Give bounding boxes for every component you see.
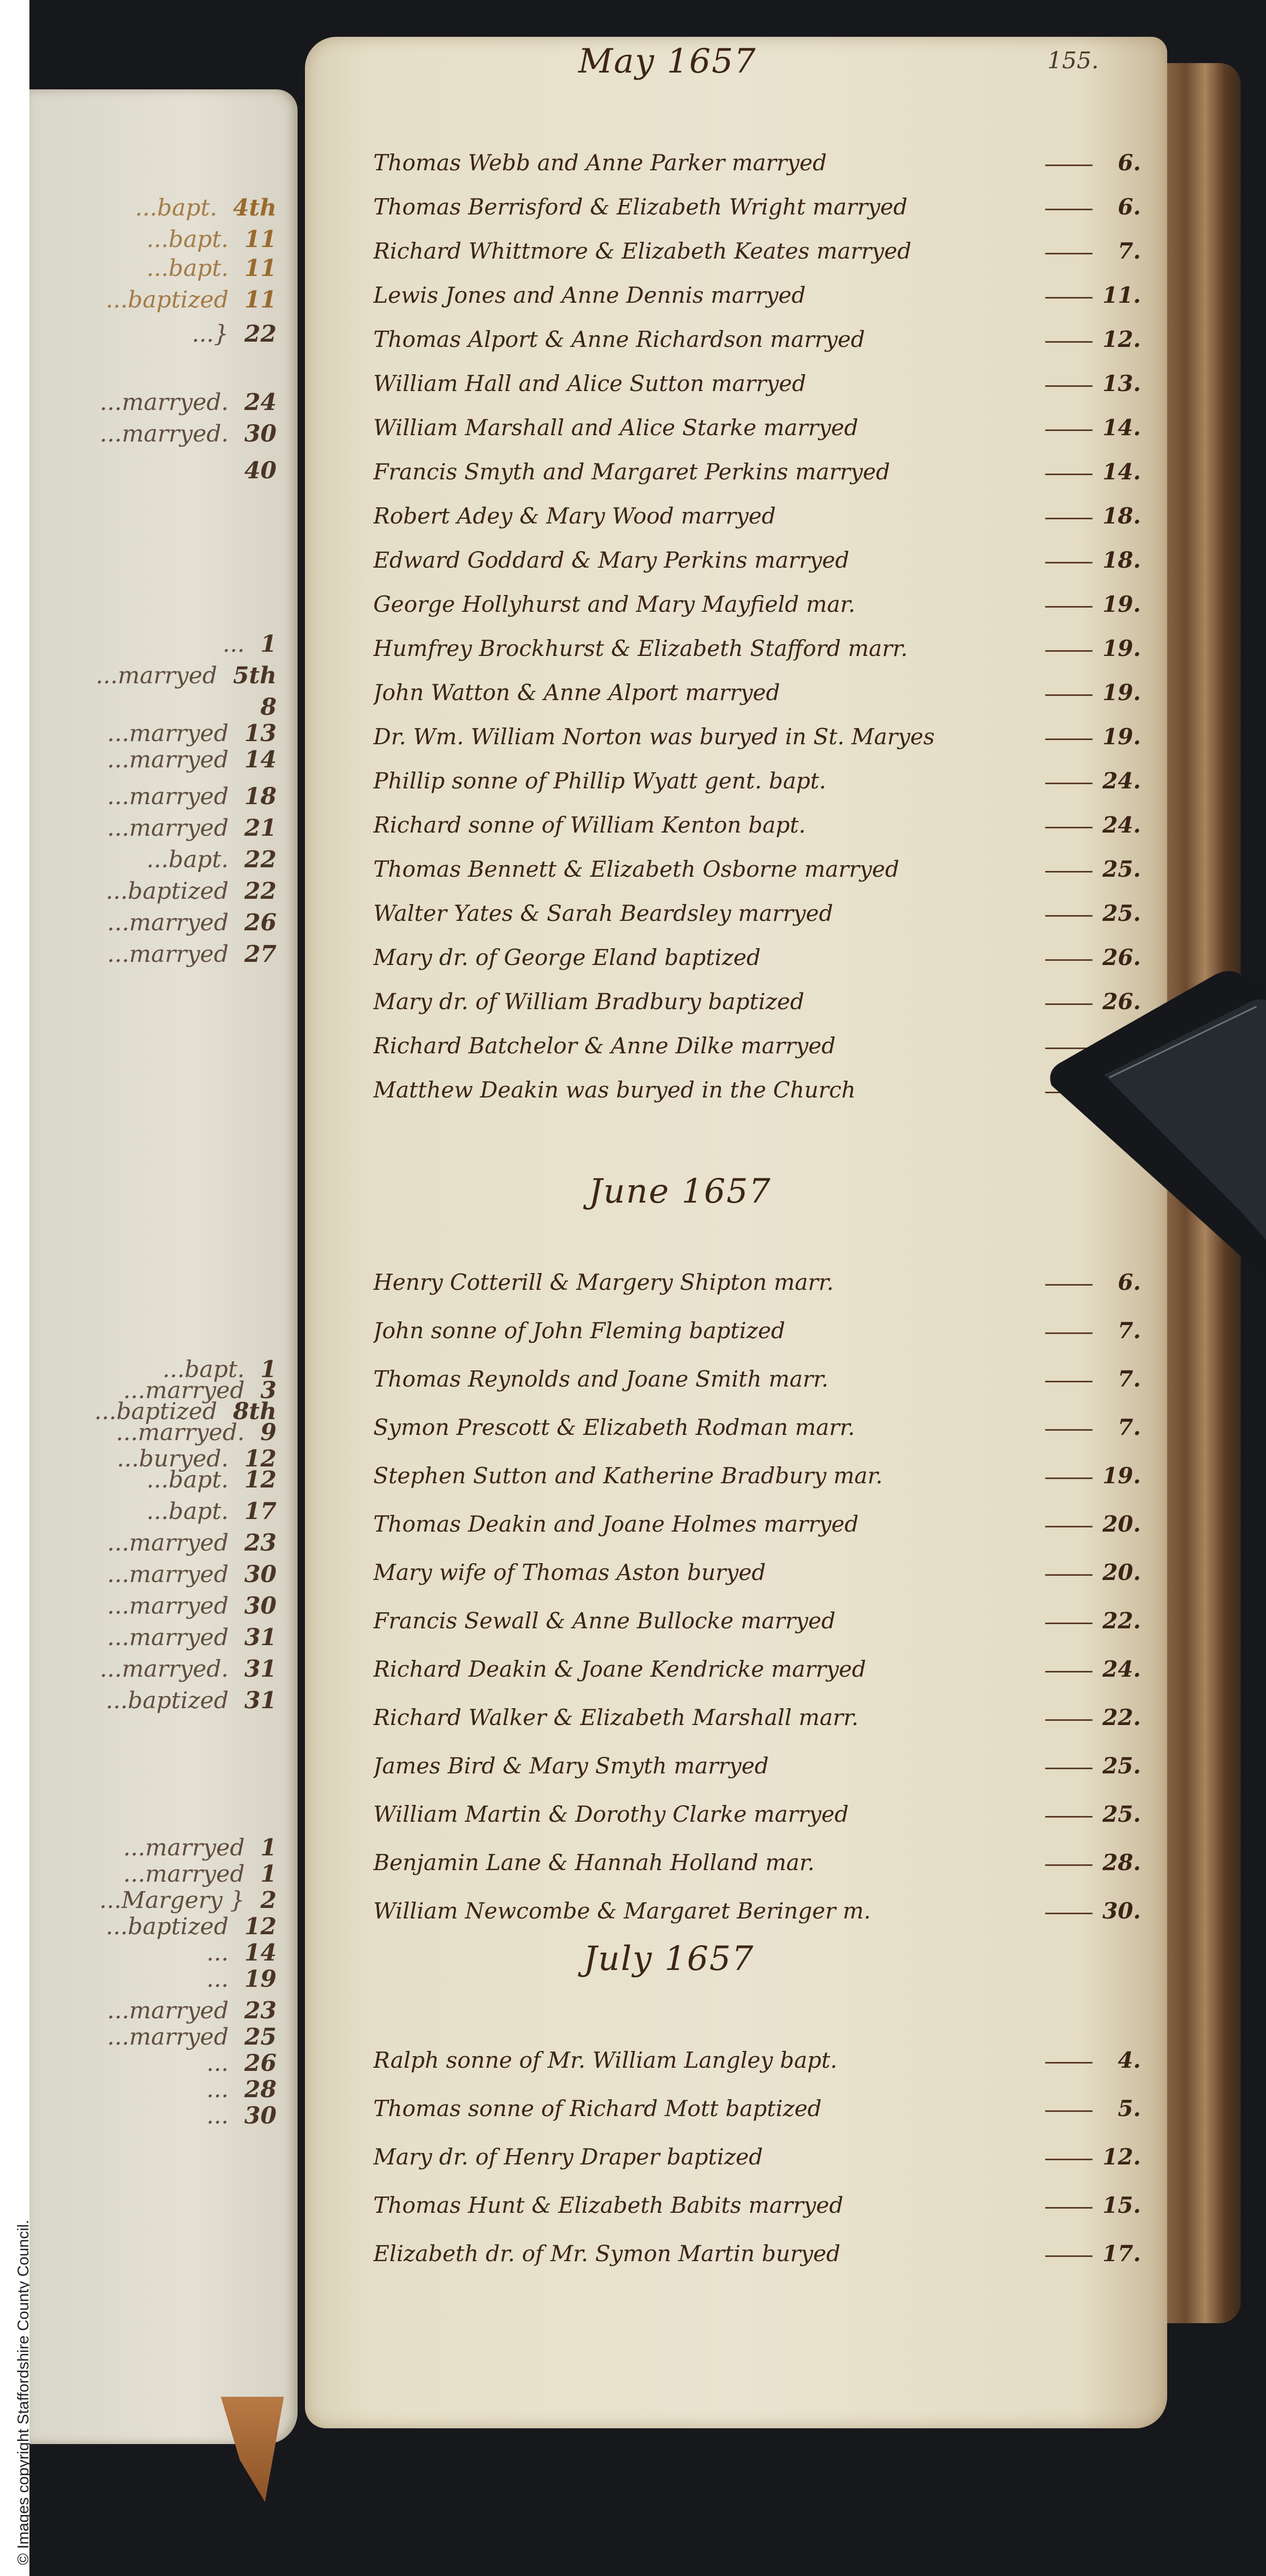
left-register-entry: ...bapt.17 xyxy=(147,1498,277,1525)
entry-day: 25. xyxy=(1099,900,1141,926)
left-register-entry: ...marryed21 xyxy=(107,815,277,841)
register-entry: Dr. Wm. William Norton was buryed in St.… xyxy=(373,716,1141,750)
register-entry: Thomas Alport & Anne Richardson marryed1… xyxy=(373,319,1141,352)
left-register-entry: ...marryed30 xyxy=(107,1593,277,1619)
register-entry: Mary dr. of Henry Draper baptized12. xyxy=(373,2136,1141,2170)
section-heading: May 1657 xyxy=(578,42,757,81)
entry-day: 31 xyxy=(244,1624,277,1651)
register-entry: John Watton & Anne Alport marryed19. xyxy=(373,672,1141,705)
entry-day: 17 xyxy=(244,1498,277,1525)
entry-day: 22 xyxy=(244,878,277,905)
entry-rule xyxy=(1045,1816,1093,1818)
credit-strip: © Images copyright Staffordshire County … xyxy=(0,0,29,2576)
entry-rule xyxy=(1045,1332,1093,1334)
left-register-entry: ...1 xyxy=(222,631,277,658)
register-entry: John sonne of John Fleming baptized7. xyxy=(373,1310,1141,1343)
left-register-entry: ...marryed31 xyxy=(107,1624,277,1651)
entry-text: Richard Walker & Elizabeth Marshall marr… xyxy=(373,1705,1039,1730)
entry-day: 27 xyxy=(244,941,277,968)
entry-rule xyxy=(1045,1284,1093,1286)
entry-day: 18. xyxy=(1099,547,1141,573)
entry-rule xyxy=(1045,2062,1093,2064)
register-entry: James Bird & Mary Smyth marryed25. xyxy=(373,1745,1141,1779)
register-entry: Symon Prescott & Elizabeth Rodman marr.7… xyxy=(373,1407,1141,1440)
entry-day: 19. xyxy=(1099,591,1141,617)
left-register-entry: ...}22 xyxy=(192,321,277,347)
register-entry: Ralph sonne of Mr. William Langley bapt.… xyxy=(373,2039,1141,2073)
entry-text: ...marryed. xyxy=(100,1656,229,1682)
entry-text: Phillip sonne of Phillip Wyatt gent. bap… xyxy=(373,768,1039,794)
entry-day: 23 xyxy=(244,1530,277,1556)
entry-text: Lewis Jones and Anne Dennis marryed xyxy=(373,282,1039,308)
entry-day: 31 xyxy=(244,1687,277,1714)
entry-rule xyxy=(1045,1913,1093,1914)
entry-rule xyxy=(1045,2159,1093,2160)
entry-text: ...marryed xyxy=(107,909,229,936)
entry-text: Robert Adey & Mary Wood marryed xyxy=(373,503,1039,529)
entry-day: 31 xyxy=(244,1656,277,1682)
register-entry: Stephen Sutton and Katherine Bradbury ma… xyxy=(373,1455,1141,1489)
entry-text: Benjamin Lane & Hannah Holland mar. xyxy=(373,1850,1039,1875)
entry-text: Stephen Sutton and Katherine Bradbury ma… xyxy=(373,1463,1039,1489)
entry-day: 14. xyxy=(1099,459,1141,485)
entry-text: ... xyxy=(207,1939,229,1966)
register-entry: Edward Goddard & Mary Perkins marryed18. xyxy=(373,539,1141,573)
entry-day: 19. xyxy=(1099,635,1141,661)
entry-day: 26 xyxy=(244,2050,277,2077)
entry-day: 1 xyxy=(260,1834,277,1861)
left-register-entry: 40 xyxy=(229,457,277,484)
entry-text: ...baptized xyxy=(106,286,229,313)
page-number: 155. xyxy=(1047,47,1099,74)
entry-text: ... xyxy=(207,2076,229,2103)
entry-day: 20. xyxy=(1099,1511,1141,1537)
entry-text: ...marryed. xyxy=(100,389,229,416)
entry-text: George Hollyhurst and Mary Mayfield mar. xyxy=(373,591,1039,617)
register-entry: Thomas Deakin and Joane Holmes marryed20… xyxy=(373,1503,1141,1537)
entry-day: 6. xyxy=(1099,150,1141,176)
entry-text: ...baptized xyxy=(106,878,229,905)
entry-day: 12 xyxy=(244,1466,277,1493)
register-entry: Thomas Webb and Anne Parker marryed6. xyxy=(373,142,1141,176)
entry-text: Thomas Alport & Anne Richardson marryed xyxy=(373,326,1039,352)
entry-text: ...bapt. xyxy=(147,1498,229,1525)
entry-rule xyxy=(1045,297,1093,299)
left-register-entry: ...bapt.12 xyxy=(147,1466,277,1493)
register-entry: Robert Adey & Mary Wood marryed18. xyxy=(373,495,1141,529)
left-register-entry: ...14 xyxy=(207,1939,277,1966)
entry-rule xyxy=(1045,650,1093,652)
entry-day: 5th xyxy=(233,662,277,689)
entry-day: 19 xyxy=(244,1966,277,1993)
entry-day: 40 xyxy=(244,457,277,484)
section-heading: June 1657 xyxy=(589,1172,771,1211)
register-entry: Thomas Berrisford & Elizabeth Wright mar… xyxy=(373,186,1141,220)
entry-day: 21 xyxy=(244,815,277,841)
register-entry: William Martin & Dorothy Clarke marryed2… xyxy=(373,1793,1141,1827)
entry-day: 1 xyxy=(260,631,277,658)
entry-text: Humfrey Brockhurst & Elizabeth Stafford … xyxy=(373,635,1039,661)
entry-day: 11 xyxy=(244,286,277,313)
left-register-entry: ...baptized22 xyxy=(106,878,277,905)
entry-day: 26 xyxy=(244,909,277,936)
entry-text: John sonne of John Fleming baptized xyxy=(373,1318,1039,1343)
entry-rule xyxy=(1045,1671,1093,1672)
entry-rule xyxy=(1045,783,1093,784)
entry-day: 18. xyxy=(1099,503,1141,529)
entry-rule xyxy=(1045,1526,1093,1527)
entry-rule xyxy=(1045,2207,1093,2209)
left-register-entry: ...marryed14 xyxy=(107,746,277,773)
entry-text: ...marryed xyxy=(107,746,229,773)
register-entry: Elizabeth dr. of Mr. Symon Martin buryed… xyxy=(373,2233,1141,2266)
entry-day: 12 xyxy=(244,1913,277,1940)
entry-day: 2 xyxy=(260,1887,277,1914)
entry-day: 28 xyxy=(244,2076,277,2103)
entry-text: Elizabeth dr. of Mr. Symon Martin buryed xyxy=(373,2241,1039,2266)
section-heading: July 1657 xyxy=(584,1939,754,1978)
entry-rule xyxy=(1045,827,1093,828)
entry-day: 22. xyxy=(1099,1608,1141,1634)
entry-text: ...bapt. xyxy=(135,194,217,221)
entry-text: ...marryed xyxy=(123,1861,244,1887)
left-register-entry: ...marryed26 xyxy=(107,909,277,936)
entry-day: 4. xyxy=(1099,2047,1141,2073)
entry-rule xyxy=(1045,1768,1093,1769)
entry-text: Francis Smyth and Margaret Perkins marry… xyxy=(373,459,1039,485)
left-register-entry: ...marryed.24 xyxy=(100,389,277,416)
entry-day: 13 xyxy=(244,720,277,747)
entry-rule xyxy=(1045,606,1093,608)
entry-day: 22 xyxy=(244,846,277,873)
left-register-entry: ...baptized11 xyxy=(106,286,277,313)
left-register-entry: ...marryed5th xyxy=(96,662,277,689)
left-register-entry: ...marryed27 xyxy=(107,941,277,968)
entry-text: ...marryed xyxy=(96,662,217,689)
entry-text: Mary wife of Thomas Aston buryed xyxy=(373,1559,1039,1585)
entry-text: Thomas Webb and Anne Parker marryed xyxy=(373,150,1039,176)
entry-day: 5. xyxy=(1099,2096,1141,2121)
register-entry: Matthew Deakin was buryed in the Church2… xyxy=(373,1069,1141,1103)
right-page: 155. May 1657Thomas Webb and Anne Parker… xyxy=(305,37,1167,2428)
register-entry: Thomas sonne of Richard Mott baptized5. xyxy=(373,2088,1141,2121)
register-entry: William Marshall and Alice Starke marrye… xyxy=(373,407,1141,440)
entry-text: Edward Goddard & Mary Perkins marryed xyxy=(373,547,1039,573)
entry-rule xyxy=(1045,738,1093,740)
entry-text: ...marryed. xyxy=(100,420,229,447)
entry-day: 20. xyxy=(1099,1559,1141,1585)
register-entry: Benjamin Lane & Hannah Holland mar.28. xyxy=(373,1842,1141,1875)
entry-day: 14 xyxy=(244,1939,277,1966)
register-entry: George Hollyhurst and Mary Mayfield mar.… xyxy=(373,583,1141,617)
left-register-entry: ...baptized12 xyxy=(106,1913,277,1940)
entry-rule xyxy=(1045,429,1093,431)
entry-day: 25. xyxy=(1099,1753,1141,1779)
entry-day: 24. xyxy=(1099,768,1141,794)
entry-text: Richard sonne of William Kenton bapt. xyxy=(373,812,1039,838)
entry-day: 28. xyxy=(1099,1850,1141,1875)
entry-rule xyxy=(1045,1623,1093,1624)
entry-text: Matthew Deakin was buryed in the Church xyxy=(373,1077,1039,1103)
entry-text: Richard Deakin & Joane Kendricke marryed xyxy=(373,1656,1039,1682)
entry-text: ...marryed xyxy=(107,1997,229,2024)
register-entry: Francis Sewall & Anne Bullocke marryed22… xyxy=(373,1600,1141,1634)
entry-text: Richard Batchelor & Anne Dilke marryed xyxy=(373,1033,1039,1059)
entry-rule xyxy=(1045,562,1093,563)
entry-text: William Martin & Dorothy Clarke marryed xyxy=(373,1801,1039,1827)
entry-text: ...baptized xyxy=(106,1913,229,1940)
register-entry: Francis Smyth and Margaret Perkins marry… xyxy=(373,451,1141,485)
entry-text: Richard Whittmore & Elizabeth Keates mar… xyxy=(373,238,1039,264)
entry-text: Mary dr. of George Eland baptized xyxy=(373,945,1039,970)
entry-rule xyxy=(1045,1477,1093,1479)
register-entry: Lewis Jones and Anne Dennis marryed11. xyxy=(373,274,1141,308)
register-entry: Humfrey Brockhurst & Elizabeth Stafford … xyxy=(373,628,1141,661)
register-entry: Henry Cotterill & Margery Shipton marr.6… xyxy=(373,1261,1141,1295)
entry-day: 19. xyxy=(1099,1463,1141,1489)
entry-text: ...marryed xyxy=(107,783,229,810)
entry-rule xyxy=(1045,1719,1093,1721)
register-entry: Richard Whittmore & Elizabeth Keates mar… xyxy=(373,230,1141,264)
entry-rule xyxy=(1045,1864,1093,1866)
entry-text: ... xyxy=(222,631,244,658)
entry-day: 12. xyxy=(1099,2144,1141,2170)
register-entry: Richard Batchelor & Anne Dilke marryed27… xyxy=(373,1025,1141,1059)
entry-day: 6. xyxy=(1099,194,1141,220)
entry-text: ...marryed xyxy=(107,720,229,747)
left-register-entry: ...marryed23 xyxy=(107,1530,277,1556)
left-register-entry: ...marryed.30 xyxy=(100,420,277,447)
entry-day: 30 xyxy=(244,1561,277,1588)
entry-text: Symon Prescott & Elizabeth Rodman marr. xyxy=(373,1414,1039,1440)
register-entry: Phillip sonne of Phillip Wyatt gent. bap… xyxy=(373,760,1141,794)
register-entry: Thomas Bennett & Elizabeth Osborne marry… xyxy=(373,848,1141,882)
entry-rule xyxy=(1045,915,1093,917)
entry-day: 19. xyxy=(1099,724,1141,750)
entry-day: 7. xyxy=(1099,238,1141,264)
entry-rule xyxy=(1045,209,1093,210)
entry-day: 23 xyxy=(244,1997,277,2024)
entry-text: ...} xyxy=(192,321,229,347)
entry-text: Thomas Hunt & Elizabeth Babits marryed xyxy=(373,2192,1039,2218)
entry-text: ...marryed xyxy=(107,2024,229,2050)
entry-text: ... xyxy=(207,1966,229,1993)
entry-day: 1 xyxy=(260,1861,277,1887)
entry-text: ...marryed xyxy=(107,941,229,968)
entry-day: 25. xyxy=(1099,1801,1141,1827)
entry-rule xyxy=(1045,341,1093,343)
register-entry: Mary dr. of George Eland baptized26. xyxy=(373,937,1141,970)
left-register-entry: ...bapt.11 xyxy=(147,226,277,253)
entry-text: Henry Cotterill & Margery Shipton marr. xyxy=(373,1269,1039,1295)
entry-text: ... xyxy=(207,2050,229,2077)
entry-rule xyxy=(1045,474,1093,475)
left-register-entry: ...marryed13 xyxy=(107,720,277,747)
entry-day: 30 xyxy=(244,1593,277,1619)
register-entry: Thomas Hunt & Elizabeth Babits marryed15… xyxy=(373,2184,1141,2218)
entry-day: 15. xyxy=(1099,2192,1141,2218)
left-page: ...bapt.4th...bapt.11...bapt.11...baptiz… xyxy=(29,89,298,2444)
register-entry: William Hall and Alice Sutton marryed13. xyxy=(373,363,1141,396)
entry-text: William Hall and Alice Sutton marryed xyxy=(373,371,1039,396)
entry-text: ...marryed xyxy=(107,1530,229,1556)
register-entry: Walter Yates & Sarah Beardsley marryed25… xyxy=(373,892,1141,926)
entry-text: ...baptized xyxy=(106,1687,229,1714)
entry-day: 11 xyxy=(244,226,277,253)
entry-text: Mary dr. of William Bradbury baptized xyxy=(373,989,1039,1014)
binder-clip-icon xyxy=(1041,964,1266,1280)
page-tab xyxy=(221,2397,284,2502)
entry-day: 13. xyxy=(1099,371,1141,396)
entry-day: 14 xyxy=(244,746,277,773)
left-register-entry: ...30 xyxy=(207,2102,277,2129)
register-entry: Richard Deakin & Joane Kendricke marryed… xyxy=(373,1648,1141,1682)
entry-text: ...bapt. xyxy=(147,226,229,253)
left-register-entry: ...Margery }2 xyxy=(99,1887,277,1914)
entry-text: Walter Yates & Sarah Beardsley marryed xyxy=(373,900,1039,926)
entry-day: 30 xyxy=(244,420,277,447)
left-register-entry: ...marryed30 xyxy=(107,1561,277,1588)
entry-rule xyxy=(1045,1429,1093,1431)
left-register-entry: 8 xyxy=(244,694,277,721)
entry-day: 24 xyxy=(244,389,277,416)
register-entry: Mary dr. of William Bradbury baptized26. xyxy=(373,981,1141,1014)
entry-text: ...marryed. xyxy=(116,1419,244,1446)
entry-day: 24. xyxy=(1099,1656,1141,1682)
left-register-entry: ...bapt.11 xyxy=(147,255,277,282)
entry-day: 22 xyxy=(244,321,277,347)
entry-text: ... xyxy=(207,2102,229,2129)
entry-text: Thomas Berrisford & Elizabeth Wright mar… xyxy=(373,194,1039,220)
left-register-entry: ...marryed.9 xyxy=(116,1419,277,1446)
entry-day: 18 xyxy=(244,783,277,810)
register-entry: Richard sonne of William Kenton bapt.24. xyxy=(373,804,1141,838)
entry-text: Mary dr. of Henry Draper baptized xyxy=(373,2144,1039,2170)
entry-rule xyxy=(1045,959,1093,961)
entry-text: James Bird & Mary Smyth marryed xyxy=(373,1753,1039,1779)
entry-day: 4th xyxy=(233,194,277,221)
entry-rule xyxy=(1045,2255,1093,2257)
entry-rule xyxy=(1045,871,1093,873)
entry-day: 7. xyxy=(1099,1318,1141,1343)
left-register-entry: ...marryed23 xyxy=(107,1997,277,2024)
entry-day: 30 xyxy=(244,2102,277,2129)
entry-text: John Watton & Anne Alport marryed xyxy=(373,680,1039,705)
register-entry: Thomas Reynolds and Joane Smith marr.7. xyxy=(373,1358,1141,1392)
left-register-entry: ...marryed1 xyxy=(123,1834,277,1861)
entry-text: ...Margery } xyxy=(99,1887,244,1914)
entry-text: Francis Sewall & Anne Bullocke marryed xyxy=(373,1608,1039,1634)
entry-day: 14. xyxy=(1099,415,1141,440)
register-entry: Richard Walker & Elizabeth Marshall marr… xyxy=(373,1697,1141,1730)
entry-text: Dr. Wm. William Norton was buryed in St.… xyxy=(373,724,1039,750)
register-entry: Mary wife of Thomas Aston buryed20. xyxy=(373,1552,1141,1585)
entry-day: 11 xyxy=(244,255,277,282)
left-register-entry: ...28 xyxy=(207,2076,277,2103)
entry-text: William Newcombe & Margaret Beringer m. xyxy=(373,1898,1039,1924)
entry-rule xyxy=(1045,253,1093,254)
left-register-entry: ...19 xyxy=(207,1966,277,1993)
left-register-entry: ...baptized31 xyxy=(106,1687,277,1714)
entry-text: Thomas Deakin and Joane Holmes marryed xyxy=(373,1511,1039,1537)
entry-text: Ralph sonne of Mr. William Langley bapt. xyxy=(373,2047,1039,2073)
entry-day: 22. xyxy=(1099,1705,1141,1730)
left-register-entry: ...marryed1 xyxy=(123,1861,277,1887)
entry-day: 25. xyxy=(1099,856,1141,882)
entry-text: Thomas sonne of Richard Mott baptized xyxy=(373,2096,1039,2121)
entry-day: 30. xyxy=(1099,1898,1141,1924)
entry-day: 8 xyxy=(260,694,277,721)
left-register-entry: ...26 xyxy=(207,2050,277,2077)
entry-text: Thomas Reynolds and Joane Smith marr. xyxy=(373,1366,1039,1392)
entry-day: 17. xyxy=(1099,2241,1141,2266)
entry-day: 12. xyxy=(1099,326,1141,352)
entry-day: 19. xyxy=(1099,680,1141,705)
entry-text: Thomas Bennett & Elizabeth Osborne marry… xyxy=(373,856,1039,882)
left-register-entry: ...bapt.22 xyxy=(147,846,277,873)
entry-text: ...marryed xyxy=(123,1834,244,1861)
left-register-entry: ...marryed25 xyxy=(107,2024,277,2050)
entry-text: ...bapt. xyxy=(147,255,229,282)
entry-text: ...marryed xyxy=(107,1561,229,1588)
entry-day: 25 xyxy=(244,2024,277,2050)
entry-text: ...marryed xyxy=(107,815,229,841)
entry-text: ...bapt. xyxy=(147,1466,229,1493)
entry-day: 11. xyxy=(1099,282,1141,308)
left-register-entry: ...marryed18 xyxy=(107,783,277,810)
entry-rule xyxy=(1045,1381,1093,1382)
entry-text: ...marryed xyxy=(107,1593,229,1619)
entry-rule xyxy=(1045,694,1093,696)
entry-text: William Marshall and Alice Starke marrye… xyxy=(373,415,1039,440)
entry-text: ...marryed xyxy=(107,1624,229,1651)
entry-day: 7. xyxy=(1099,1366,1141,1392)
left-register-entry: ...bapt.4th xyxy=(135,194,277,221)
entry-rule xyxy=(1045,1574,1093,1576)
entry-rule xyxy=(1045,385,1093,387)
entry-rule xyxy=(1045,518,1093,519)
left-register-entry: ...marryed.31 xyxy=(100,1656,277,1682)
entry-day: 24. xyxy=(1099,812,1141,838)
entry-day: 9 xyxy=(260,1419,277,1446)
entry-rule xyxy=(1045,165,1093,166)
entry-text: ...bapt. xyxy=(147,846,229,873)
entry-day: 7. xyxy=(1099,1414,1141,1440)
register-entry: William Newcombe & Margaret Beringer m.3… xyxy=(373,1890,1141,1924)
entry-rule xyxy=(1045,2110,1093,2112)
